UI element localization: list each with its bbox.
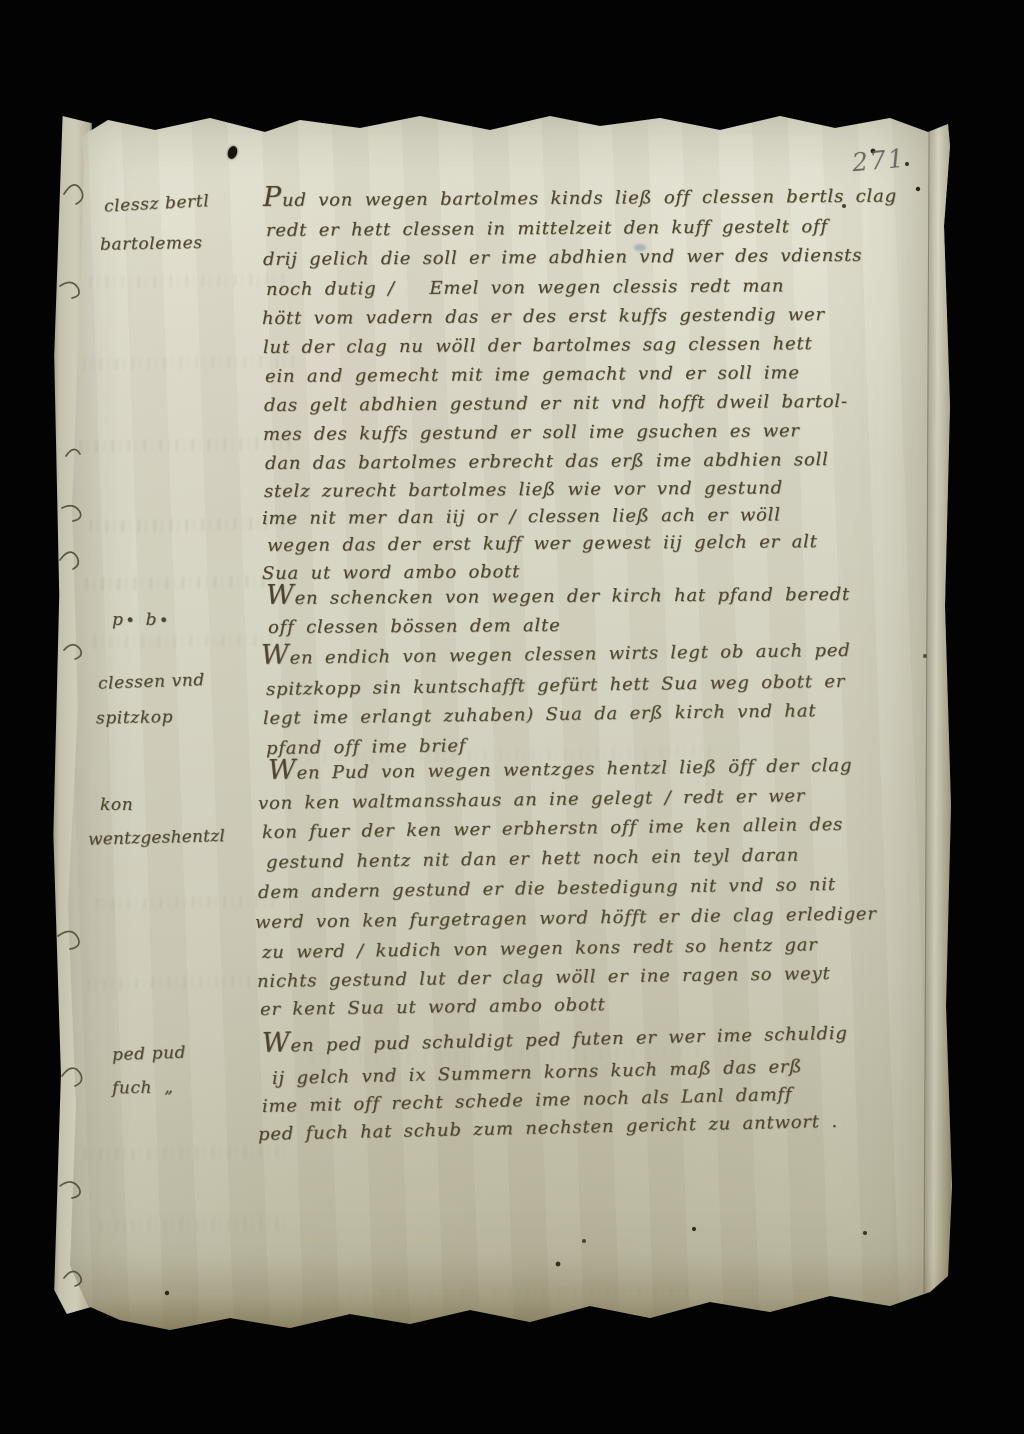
manuscript-line: Wen schencken von wegen der kirch hat pf… — [266, 585, 850, 609]
margin-note: bartolemes — [100, 235, 203, 254]
facing-page-ink-marks — [50, 150, 90, 1320]
photo-canvas: 271 clessz bertl bartolemes p∙ b∙ clesse… — [0, 0, 1024, 1434]
manuscript-line: lut der clag nu wöll der bartolmes sag c… — [263, 334, 813, 358]
wormhole-spot — [226, 145, 239, 160]
manuscript-line: Sua ut word ambo obott — [262, 562, 520, 584]
page-stack-fore-edge — [923, 122, 955, 1304]
manuscript-line: dan das bartolmes erbrecht das erß ime a… — [265, 450, 829, 474]
page-number: 271 — [851, 146, 907, 176]
manuscript-line: noch dutig / Emel von wegen clessis redt… — [266, 276, 784, 299]
manuscript-line: wegen das der erst kuff wer gewest iij g… — [267, 532, 818, 556]
margin-note: kon — [100, 797, 133, 814]
manuscript-line: mes des kuffs gestund er soll ime gsuche… — [263, 421, 800, 445]
margin-note: p∙ b∙ — [112, 612, 171, 629]
fly-specks — [60, 106, 62, 108]
margin-note: clessen vnd — [98, 672, 205, 693]
margin-note: spitzkop — [96, 709, 173, 727]
manuscript-line: das gelt abdhien gestund er nit vnd hoff… — [264, 392, 848, 416]
margin-note: ped pud — [112, 1045, 187, 1065]
manuscript-line: Pud von wegen bartolmes kinds ließ off c… — [263, 187, 897, 211]
bleedthrough-ghost — [90, 273, 290, 288]
bleedthrough-ghost — [84, 1145, 292, 1161]
bleedthrough-ghost — [86, 575, 276, 590]
manuscript-line: hött vom vadern das er des erst kuffs ge… — [262, 305, 825, 329]
manuscript-line: ein and gemecht mit ime gemacht vnd er s… — [265, 363, 800, 387]
manuscript-line: redt er hett clessen in mittelzeit den k… — [266, 217, 828, 241]
manuscript-line: off clessen bössen dem alte — [268, 616, 561, 638]
bleedthrough-ghost — [96, 895, 282, 910]
manuscript-line: ime nit mer dan iij or / clessen ließ ac… — [262, 505, 781, 528]
margin-note: wentzgeshentzl — [88, 828, 225, 849]
manuscript-line: stelz zurecht bartolmes ließ wie vor vnd… — [264, 478, 783, 501]
margin-note: fuch „ — [112, 1079, 174, 1097]
manuscript-line: drij gelich die soll er ime abdhien vnd … — [263, 246, 862, 270]
bleedthrough-ghost — [100, 1217, 288, 1232]
